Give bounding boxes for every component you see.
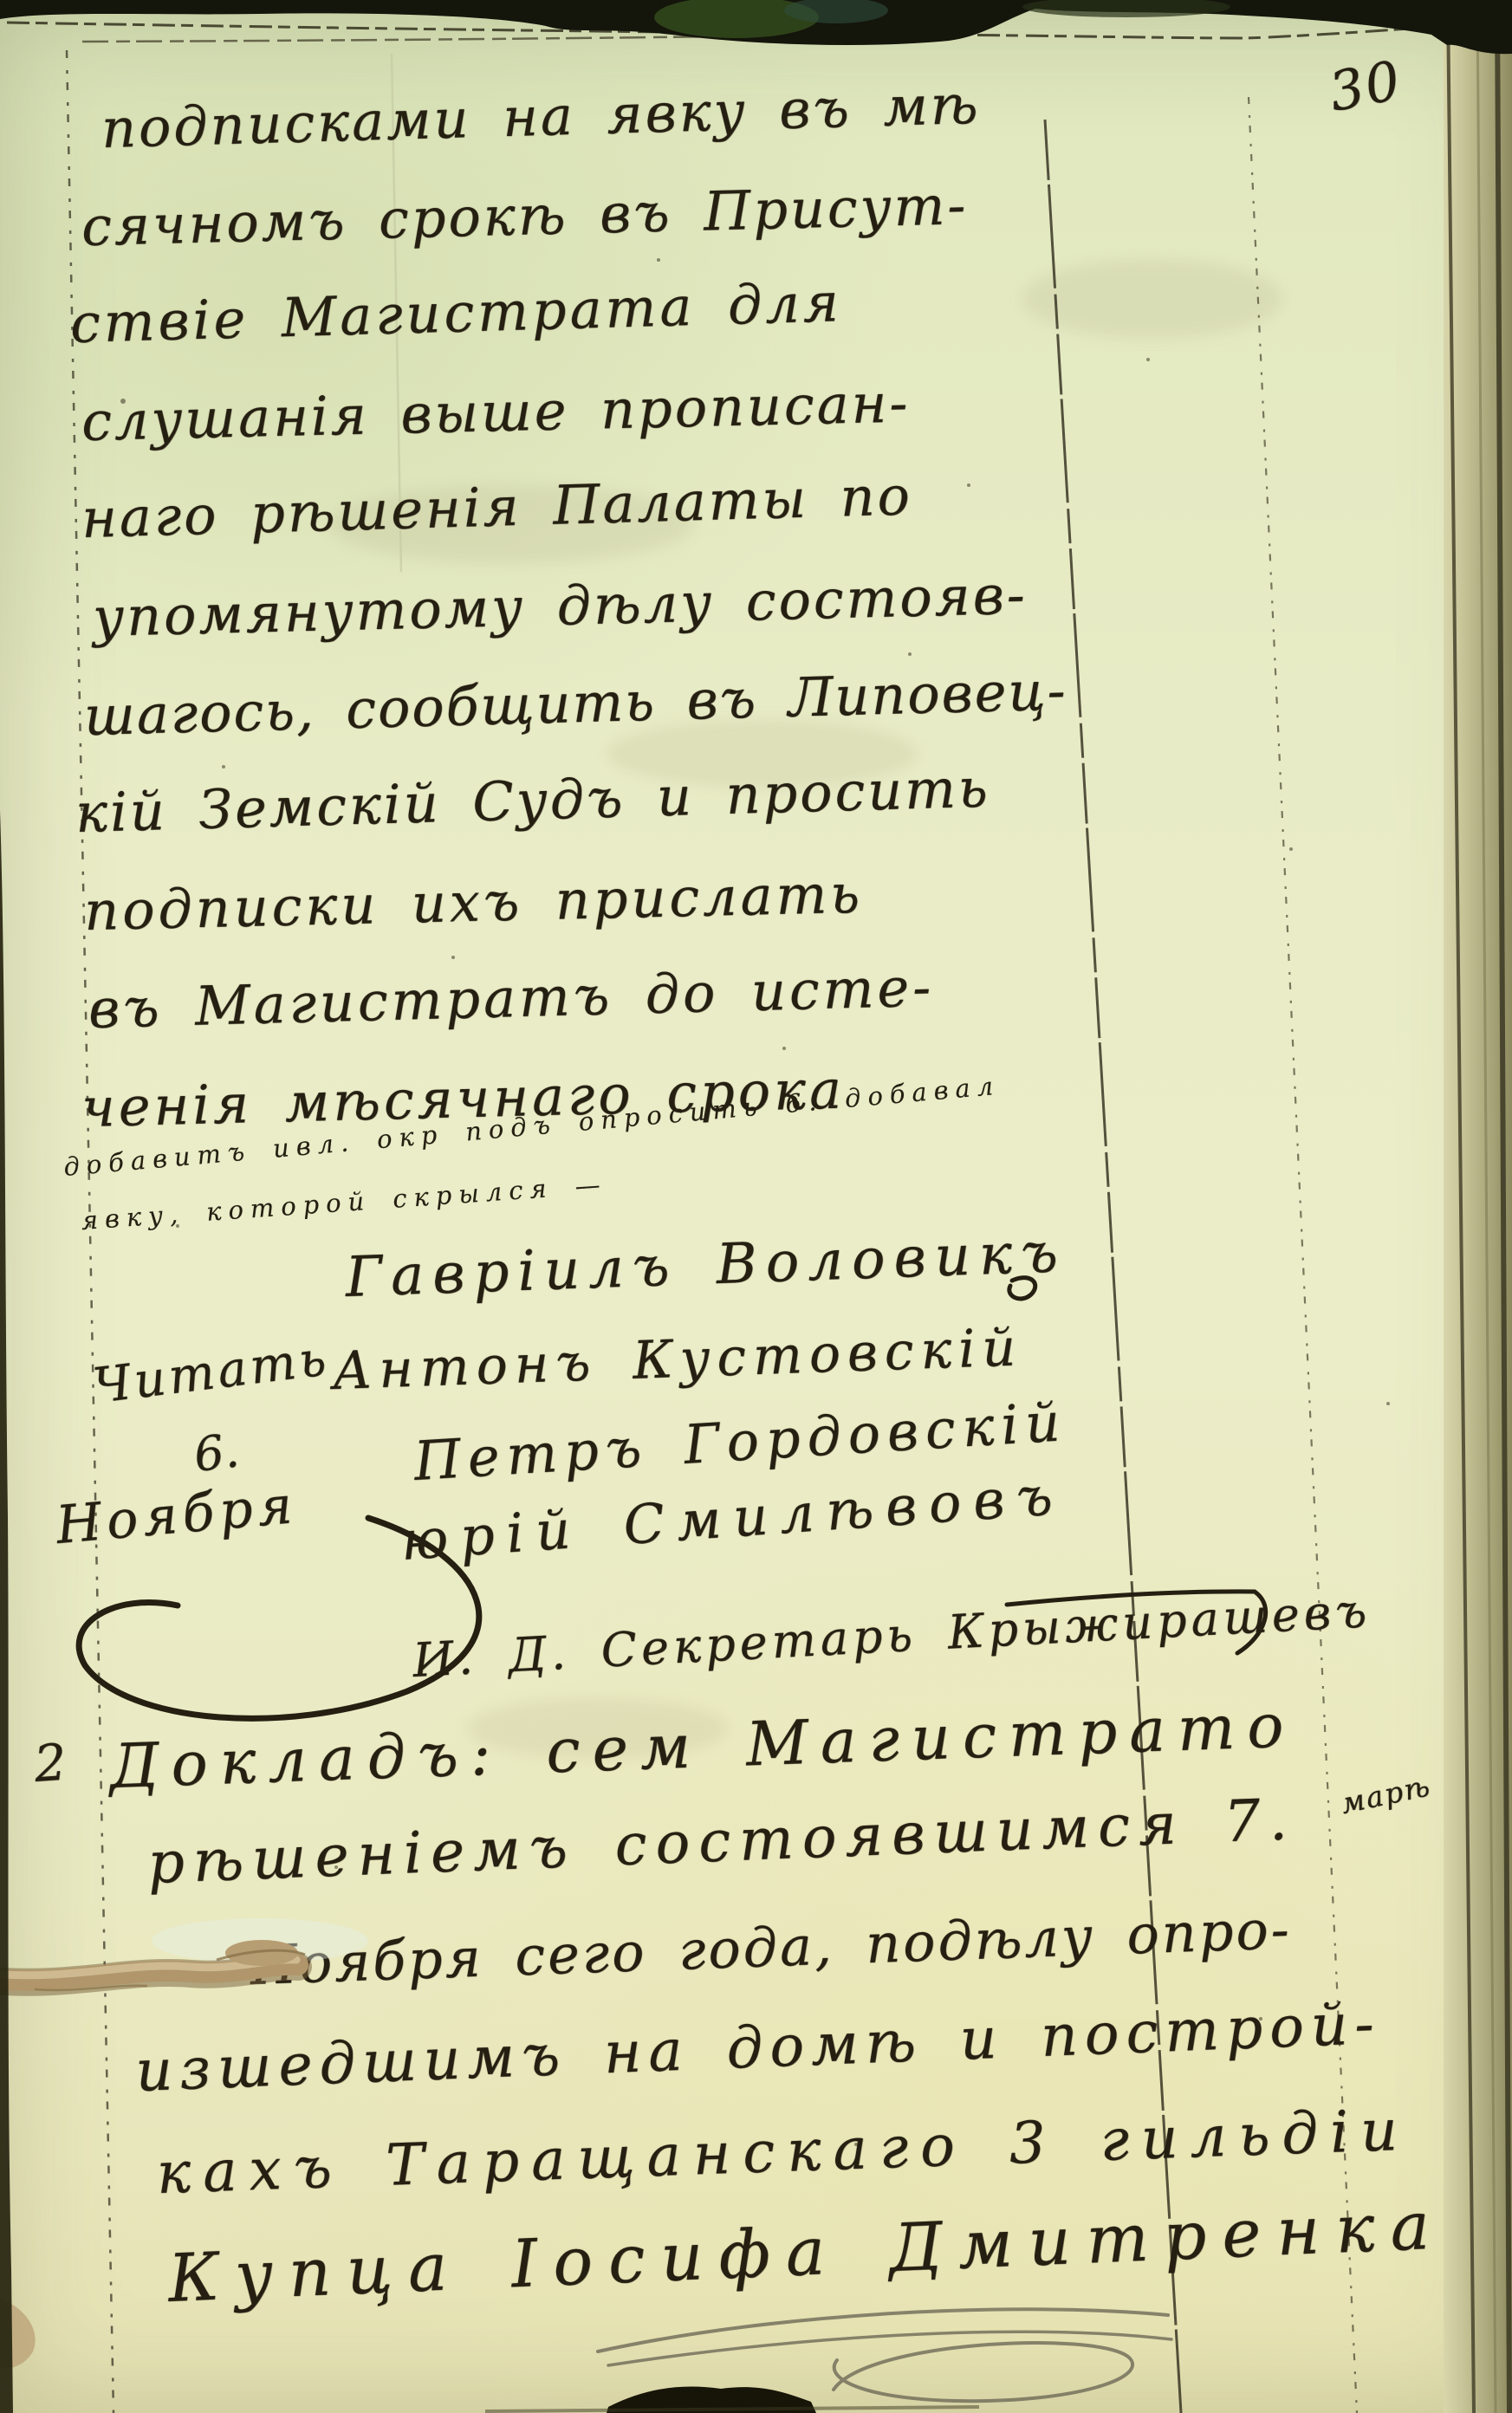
signature: И. Д. Секретарь Крыжирашевъ bbox=[412, 1583, 1372, 1688]
torn-top-edge bbox=[0, 0, 1512, 54]
body-line: подписками на явку въ мѣ bbox=[101, 73, 981, 160]
item-number: 2 bbox=[32, 1733, 68, 1794]
margin-note-line: 6. bbox=[191, 1423, 242, 1482]
body-line: упомянутому дѣлу состояв- bbox=[92, 563, 1028, 649]
body-line: изшедшимъ на домѣ и построй- bbox=[134, 1990, 1382, 2105]
signature: Гавріилъ Воловикъ bbox=[344, 1221, 1067, 1310]
body-line: Докладъ: сем Магистрато bbox=[108, 1690, 1296, 1802]
body-line: рѣшеніемъ состоявшимся 7. bbox=[146, 1786, 1297, 1897]
margin-note-line: Читать bbox=[90, 1330, 332, 1415]
left-page-edge bbox=[0, 810, 13, 2413]
right-margin-mark: марѣ bbox=[1338, 1768, 1434, 1820]
body-line: кахъ Таращанскаго 3 гильдіи bbox=[155, 2097, 1411, 2207]
column-rule-vertical-dashed bbox=[1249, 97, 1357, 2413]
body-line: ствіе Магистрата для bbox=[69, 270, 843, 355]
page-edge-line bbox=[1477, 0, 1496, 2413]
interlinear-note-line: явку, которой скрылся — bbox=[81, 1170, 608, 1236]
top-rule-line bbox=[7, 23, 1445, 38]
page-number: 30 bbox=[1324, 49, 1406, 124]
top-rule-line bbox=[82, 35, 862, 42]
body-line: слушанія выше прописан- bbox=[81, 371, 911, 453]
body-line: Купца Іосифа Дмитренка bbox=[166, 2186, 1446, 2317]
pencil-scribble bbox=[598, 2309, 1171, 2401]
page-edge-line bbox=[1448, 0, 1474, 2413]
body-line: кій Земскій Судъ и просить bbox=[75, 756, 991, 845]
body-line: сячномъ срокѣ въ Присут- bbox=[81, 173, 969, 258]
body-line: наго рѣшенія Палаты по bbox=[81, 464, 913, 550]
page-edge-line bbox=[1497, 0, 1509, 2413]
margin-note-line: Ноября bbox=[54, 1475, 300, 1556]
torn-bottom-edge bbox=[485, 2387, 979, 2413]
body-line: въ Магистратъ до исте- bbox=[88, 955, 935, 1041]
body-line: Ноября сего года, подѣлу опро- bbox=[249, 1897, 1292, 1997]
manuscript-page: 30 подписками на явку въ мѣ сячномъ срок… bbox=[0, 0, 1512, 2413]
body-line: шагось, сообщить въ Липовец- bbox=[83, 658, 1067, 748]
ink-bleed-smudge bbox=[1022, 260, 1282, 338]
signature: Антонъ Кустовскій bbox=[332, 1317, 1024, 1402]
book-edge-band bbox=[1444, 0, 1512, 2413]
body-line: подписки ихъ прислать bbox=[83, 862, 863, 943]
